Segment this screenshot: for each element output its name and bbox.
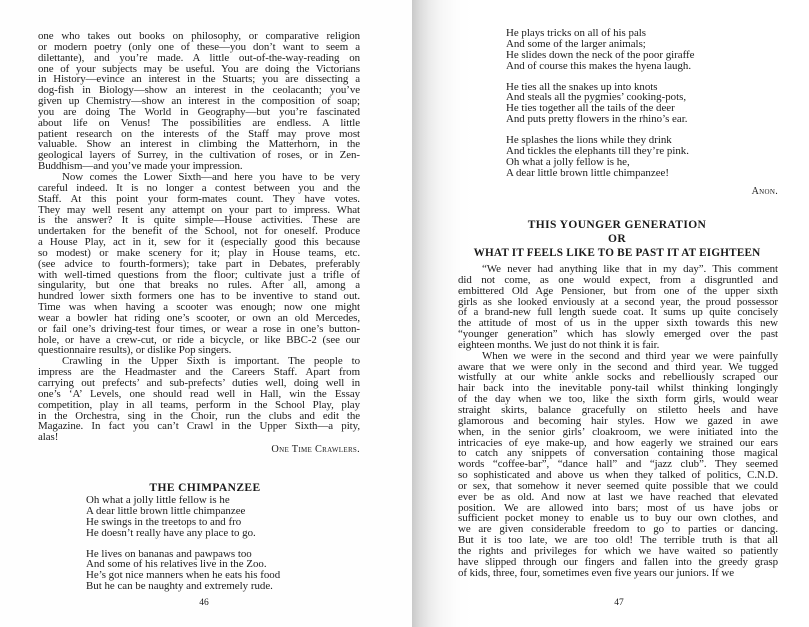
text-line: Magazine. In fact you can’t Crawl in the… [38,421,360,432]
left-poem: Oh what a jolly little fellow is heA dea… [86,495,280,602]
text-line: ever be as old. And now at last we have … [458,492,778,503]
left-page-text: one who takes out books on philosophy, o… [38,31,360,456]
article-title-or: OR [452,233,782,245]
poem-stanza: He lives on bananas and pawpaws tooAnd s… [86,549,280,593]
text-line: of kids, three, four, sometimes even fiv… [458,568,778,579]
right-paragraph-1: “We never had anything like that in my d… [458,264,778,351]
poem-line: He doesn’t really have any place to go. [86,528,280,539]
right-paragraph-2: When we were in the second and third yea… [458,351,778,579]
poem-stanza: He plays tricks on all of his palsAnd so… [506,28,695,72]
right-page-text: “We never had anything like that in my d… [458,264,778,578]
text-line: dilettante), and you’re made. A little o… [38,53,360,64]
right-page: He plays tricks on all of his palsAnd so… [412,0,809,627]
text-line: When we were in the second and third yea… [458,351,778,362]
poem-stanza: He ties all the snakes up into knotsAnd … [506,82,695,126]
poem-line: A dear little brown little chimpanzee! [506,168,695,179]
poem-title: THE CHIMPANZEE [140,482,270,494]
poem-signature: Anon. [712,186,778,197]
right-poem-continued: He plays tricks on all of his palsAnd so… [506,28,695,189]
text-line: about life on Venus! The possibilities a… [38,118,360,129]
poem-stanza: He splashes the lions while they drinkAn… [506,135,695,179]
text-line: (see advice to fourth-formers); take par… [38,259,360,270]
article-title-line-2: WHAT IT FEELS LIKE TO BE PAST IT AT EIGH… [452,247,782,259]
left-paragraph-2: Now comes the Lower Sixth—and here you h… [38,172,360,356]
text-line: competition, play in all teams, perform … [38,400,360,411]
poem-line: And puts pretty flowers in the rhino’s e… [506,114,695,125]
book-spread: one who takes out books on philosophy, o… [0,0,809,627]
article-title-line-1: THIS YOUNGER GENERATION [452,219,782,231]
text-line: or fail one’s driving-test four times, o… [38,324,360,335]
text-line: when, in the senior girls’ cloakroom, we… [458,427,778,438]
text-line: embittered Old Age Pensioner, but from o… [458,286,778,297]
poem-line: But he can be naughty and extremely rude… [86,581,280,592]
page-number-left: 46 [192,598,216,608]
left-paragraph-3: Crawling in the Upper Sixth is important… [38,356,360,443]
poem-stanza: Oh what a jolly little fellow is heA dea… [86,495,280,539]
text-line: have slipped through our fingers and fal… [458,557,778,568]
text-line: Staff. At this point your form-mates cou… [38,194,360,205]
poem-line: And of course this makes the hyena laugh… [506,61,695,72]
page-number-right: 47 [607,598,631,608]
left-paragraph-1: one who takes out books on philosophy, o… [38,31,360,172]
left-page: one who takes out books on philosophy, o… [0,0,412,627]
left-signature: One Time Crawlers. [38,445,360,456]
text-line: alas! [38,432,360,443]
